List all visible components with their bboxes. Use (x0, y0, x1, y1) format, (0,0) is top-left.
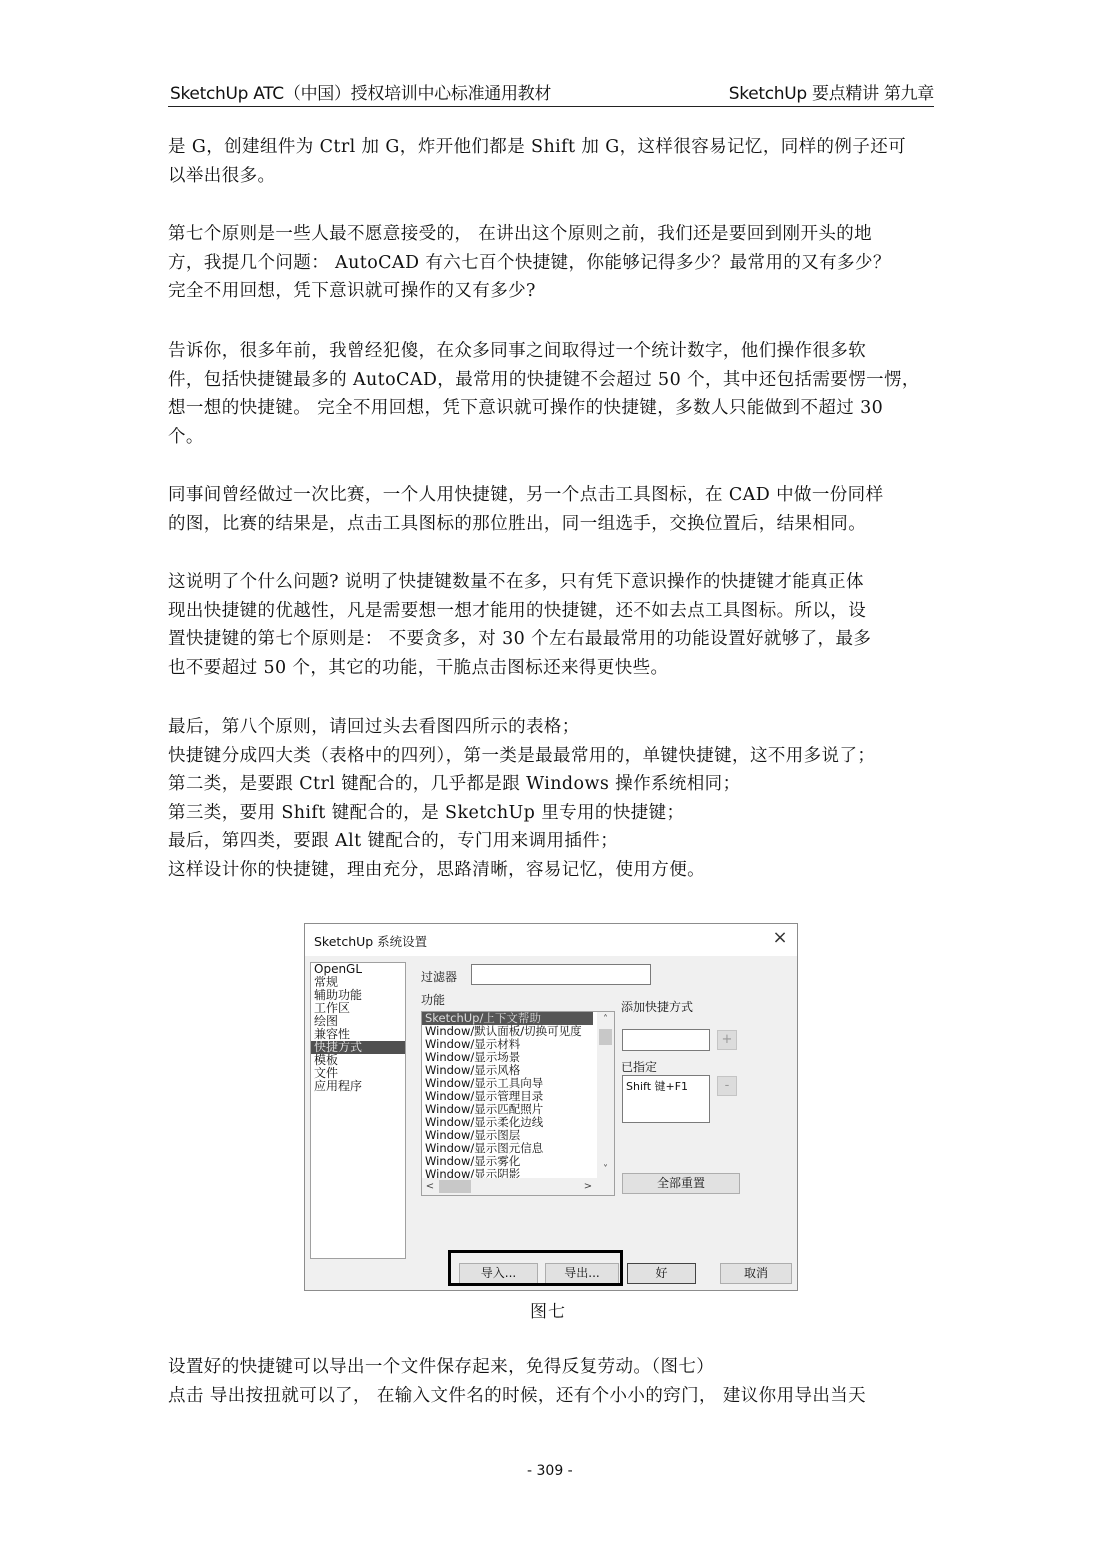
function-item[interactable]: Window/显示柔化边线 (422, 1116, 593, 1129)
text-line: 设置好的快捷键可以导出一个文件保存起来，免得反复劳动。（图七） (168, 1353, 938, 1382)
page-header: SketchUp ATC（中国）授权培训中心标准通用教材 SketchUp 要点… (168, 80, 934, 107)
paragraph-6: 最后，第八个原则，请回过头去看图四所示的表格； 快捷键分成四大类（表格中的四列）… (168, 713, 938, 884)
dialog-titlebar: SketchUp 系统设置 × (305, 924, 797, 956)
text-line: 想一想的快捷键。 完全不用回想，凭下意识就可操作的快捷键，多数人只能做到不超过 … (168, 394, 938, 423)
assigned-item[interactable]: Shift 键+F1 (626, 1078, 688, 1094)
scroll-down-icon[interactable]: ˅ (597, 1162, 614, 1178)
import-export-highlight (448, 1250, 623, 1286)
text-line: 同事间曾经做过一次比赛，一个人用快捷键，另一个点击工具图标，在 CAD 中做一份… (168, 481, 938, 510)
paragraph-5: 这说明了个什么问题? 说明了快捷键数量不在多，只有凭下意识操作的快捷键才能真正体… (168, 568, 938, 682)
scroll-thumb[interactable] (439, 1180, 471, 1193)
text-line: 现出快捷键的优越性，凡是需要想一想才能用的快捷键，还不如去点工具图标。所以，设 (168, 597, 938, 626)
text-line: 这说明了个什么问题? 说明了快捷键数量不在多，只有凭下意识操作的快捷键才能真正体 (168, 568, 938, 597)
cancel-button[interactable]: 取消 (720, 1263, 792, 1284)
text-line: 最后，第八个原则，请回过头去看图四所示的表格； (168, 713, 938, 742)
text-line: 是 G，创建组件为 Ctrl 加 G，炸开他们都是 Shift 加 G，这样很容… (168, 133, 938, 162)
text-line: 第七个原则是一些人最不愿意接受的， 在讲出这个原则之前，我们还是要回到刚开头的地 (168, 220, 938, 249)
function-item[interactable]: Window/显示场景 (422, 1051, 593, 1064)
header-book-title: SketchUp ATC（中国）授权培训中心标准通用教材 (170, 79, 551, 104)
text-line: 也不要超过 50 个，其它的功能，干脆点击图标还来得更快些。 (168, 654, 938, 683)
assigned-label: 已指定 (621, 1058, 657, 1075)
text-line: 第二类，是要跟 Ctrl 键配合的，几乎都是跟 Windows 操作系统相同； (168, 770, 938, 799)
function-label: 功能 (421, 991, 445, 1008)
page-number: - 309 - (527, 1463, 573, 1479)
paragraph-4: 同事间曾经做过一次比赛，一个人用快捷键，另一个点击工具图标，在 CAD 中做一份… (168, 481, 938, 538)
assigned-list[interactable]: Shift 键+F1 (622, 1075, 710, 1123)
text-line: 方，我提几个问题： AutoCAD 有六七百个快捷键，你能够记得多少？最常用的又… (168, 249, 938, 278)
function-item[interactable]: Window/显示图层 (422, 1129, 593, 1142)
text-line: 的图，比赛的结果是，点击工具图标的那位胜出，同一组选手，交换位置后，结果相同。 (168, 510, 938, 539)
scroll-left-icon[interactable]: < (422, 1178, 438, 1195)
add-shortcut-label: 添加快捷方式 (621, 998, 693, 1015)
category-list[interactable]: OpenGL 常规 辅助功能 工作区 绘图 兼容性 快捷方式 模板 文件 应用程… (310, 962, 406, 1259)
paragraph-2: 第七个原则是一些人最不愿意接受的， 在讲出这个原则之前，我们还是要回到刚开头的地… (168, 220, 938, 306)
function-item[interactable]: Window/显示材料 (422, 1038, 593, 1051)
remove-shortcut-button[interactable]: - (717, 1076, 737, 1096)
text-line: 点击 导出按扭就可以了， 在输入文件名的时候，还有个小小的窍门， 建议你用导出当… (168, 1382, 938, 1411)
paragraph-7: 设置好的快捷键可以导出一个文件保存起来，免得反复劳动。（图七） 点击 导出按扭就… (168, 1353, 938, 1410)
text-line: 以举出很多。 (168, 162, 938, 191)
function-item[interactable]: Window/显示管理目录 (422, 1090, 593, 1103)
text-line: 第三类，要用 Shift 键配合的，是 SketchUp 里专用的快捷键； (168, 799, 938, 828)
ok-button[interactable]: 好 (627, 1263, 696, 1284)
filter-label: 过滤器 (421, 968, 457, 985)
text-line: 最后，第四类，要跟 Alt 键配合的，专门用来调用插件； (168, 827, 938, 856)
scroll-right-icon[interactable]: > (580, 1178, 596, 1195)
text-line: 个。 (168, 423, 938, 452)
paragraph-3: 告诉你，很多年前，我曾经犯傻，在众多同事之间取得过一个统计数字，他们操作很多软 … (168, 337, 938, 451)
text-line: 完全不用回想，凭下意识就可操作的又有多少? (168, 277, 938, 306)
scroll-up-icon[interactable]: ˄ (597, 1012, 614, 1028)
function-item[interactable]: Window/默认面板/切换可见度 (422, 1025, 593, 1038)
text-line: 快捷键分成四大类（表格中的四列），第一类是最最常用的，单键快捷键，这不用多说了； (168, 742, 938, 771)
text-line: 告诉你，很多年前，我曾经犯傻，在众多同事之间取得过一个统计数字，他们操作很多软 (168, 337, 938, 366)
function-list-vertical-scrollbar[interactable]: ˄ ˅ (597, 1012, 614, 1178)
paragraph-1: 是 G，创建组件为 Ctrl 加 G，炸开他们都是 Shift 加 G，这样很容… (168, 133, 938, 190)
function-list[interactable]: SketchUp/上下文帮助 Window/默认面板/切换可见度 Window/… (421, 1011, 615, 1196)
function-list-horizontal-scrollbar[interactable]: < > (422, 1178, 614, 1195)
figure-caption: 图七 (530, 1297, 566, 1322)
reset-all-button[interactable]: 全部重置 (622, 1173, 740, 1194)
close-icon[interactable]: × (769, 927, 791, 949)
function-item[interactable]: Window/显示图元信息 (422, 1142, 593, 1155)
category-item-applications[interactable]: 应用程序 (311, 1080, 405, 1093)
text-line: 置快捷键的第七个原则是： 不要贪多，对 30 个左右最最常用的功能设置好就够了，… (168, 625, 938, 654)
text-line: 这样设计你的快捷键，理由充分，思路清晰，容易记忆，使用方便。 (168, 856, 938, 885)
add-shortcut-button[interactable]: + (717, 1030, 737, 1050)
function-item[interactable]: SketchUp/上下文帮助 (422, 1012, 593, 1025)
header-chapter-title: SketchUp 要点精讲 第九章 (729, 79, 934, 104)
filter-input[interactable] (471, 964, 651, 985)
function-item[interactable]: Window/显示工具向导 (422, 1077, 593, 1090)
preferences-dialog: SketchUp 系统设置 × OpenGL 常规 辅助功能 工作区 绘图 兼容… (304, 923, 798, 1291)
function-item[interactable]: Window/显示雾化 (422, 1155, 593, 1168)
dialog-title: SketchUp 系统设置 (314, 932, 427, 950)
function-item[interactable]: Window/显示风格 (422, 1064, 593, 1077)
add-shortcut-input[interactable] (622, 1029, 710, 1051)
function-item[interactable]: Window/显示匹配照片 (422, 1103, 593, 1116)
scroll-thumb[interactable] (599, 1029, 612, 1045)
text-line: 件，包括快捷键最多的 AutoCAD，最常用的快捷键不会超过 50 个，其中还包… (168, 366, 938, 395)
